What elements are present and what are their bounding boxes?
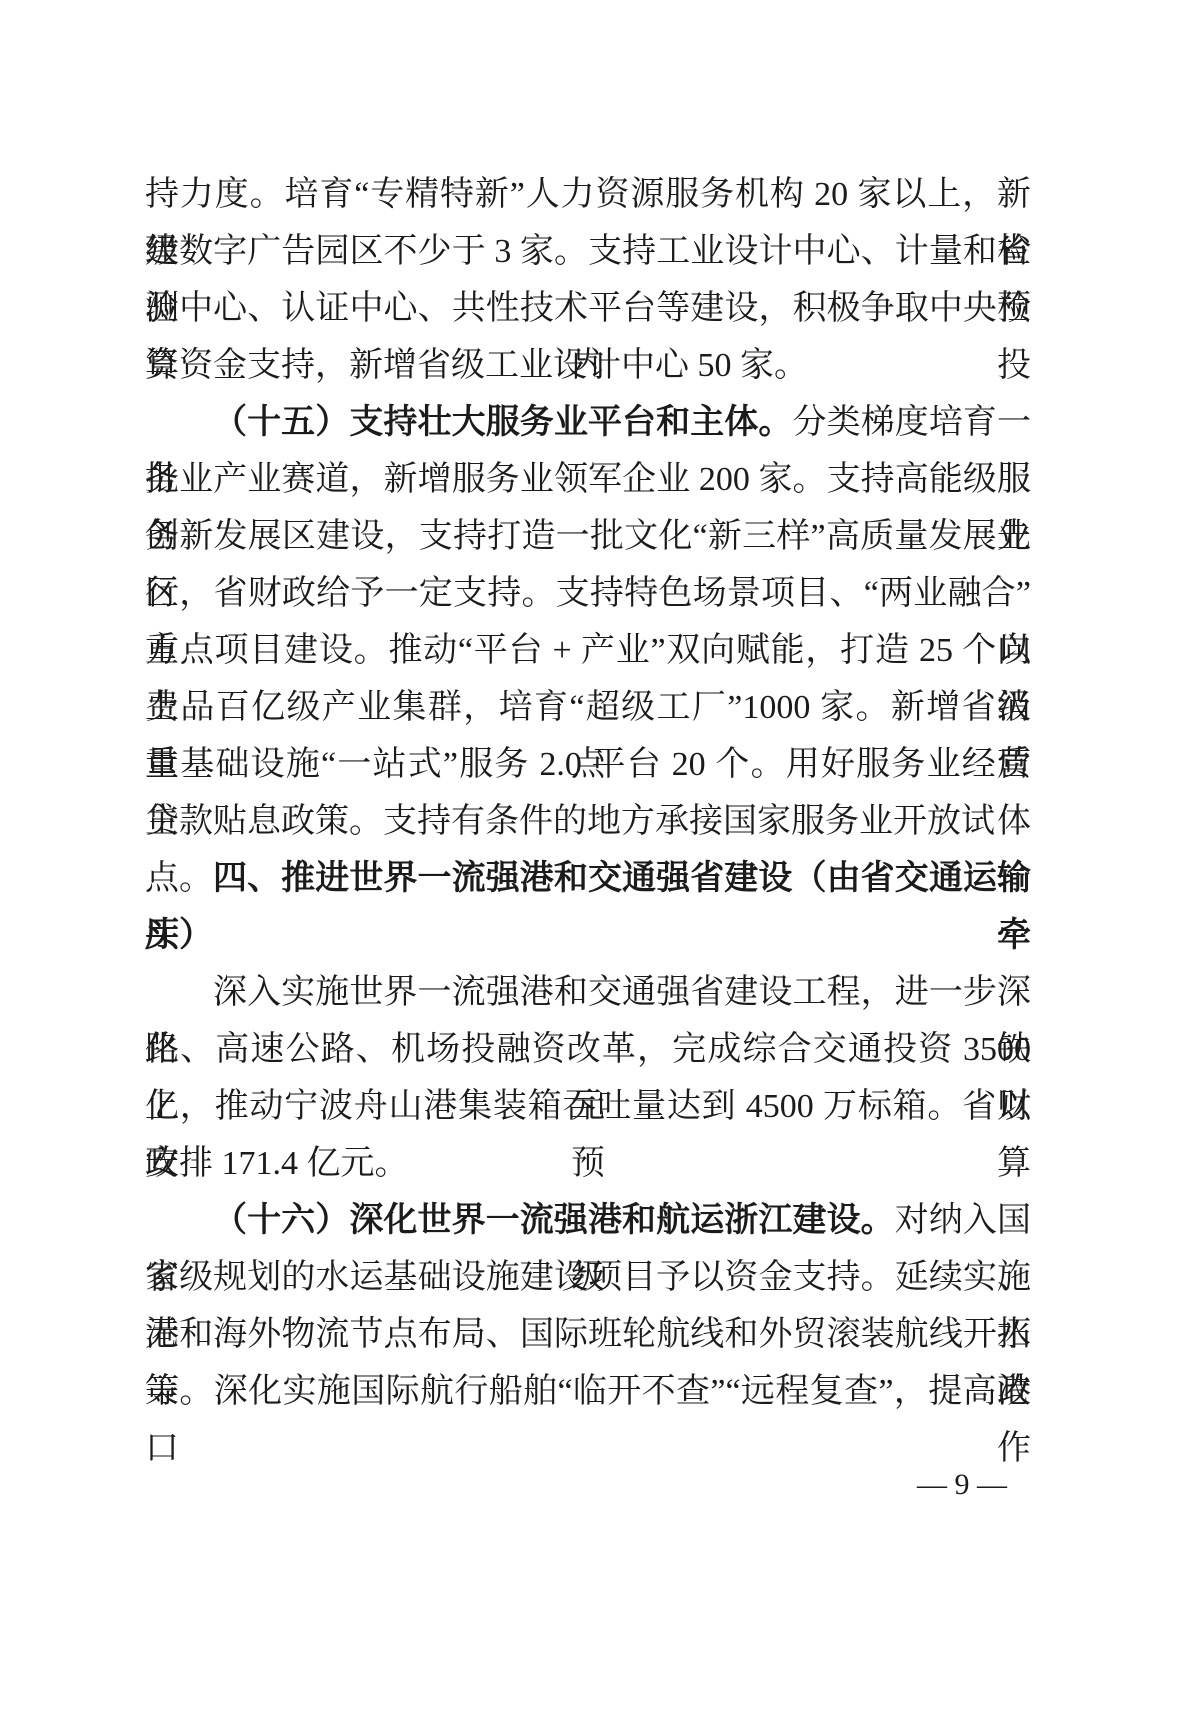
bold-lead-in: （十六）深化世界一流强港和航运浙江建设。 xyxy=(213,1202,895,1239)
text-block: 持力度。培育“专精特新”人力资源服务机构 20 家以上，新建省 级数字广告园区不… xyxy=(145,166,1031,1420)
text-line: 区，省财政给予一定支持。支持特色场景项目、“两业融合”方向 xyxy=(145,565,1031,622)
paragraph: 深入实施世界一流强港和交通强省建设工程，进一步深化铁 路、高速公路、机场投融资改… xyxy=(145,964,1031,1192)
page-number: — 9 — xyxy=(917,1468,1007,1502)
text-line: 创新发展区建设，支持打造一批文化“新三样”高质量发展先行 xyxy=(145,508,1031,565)
text-line: 持力度。培育“专精特新”人力资源服务机构 20 家以上，新建省 xyxy=(145,166,1031,223)
document-page: 持力度。培育“专精特新”人力资源服务机构 20 家以上，新建省 级数字广告园区不… xyxy=(0,0,1191,1730)
text-line: 测中心、认证中心、共性技术平台等建设，积极争取中央预算内投 xyxy=(145,280,1031,337)
text-line: 费品百亿级产业集群，培育“超级工厂”1000 家。新增省级重点质 xyxy=(145,679,1031,736)
text-line: 级数字广告园区不少于 3 家。支持工业设计中心、计量和检验检 xyxy=(145,223,1031,280)
text-line: 上，推动宁波舟山港集装箱吞吐量达到 4500 万标箱。省财政预算 xyxy=(145,1078,1031,1135)
text-line: 贷款贴息政策。支持有条件的地方承接国家服务业开放试点。 xyxy=(145,793,1031,850)
text-line: 重点项目建设。推动“平台 + 产业”双向赋能，打造 25 个以上消 xyxy=(145,622,1031,679)
paragraph-item-16: （十六）深化世界一流强港和航运浙江建设。对纳入国家级、 省级规划的水运基础设施建… xyxy=(145,1192,1031,1420)
section-heading-line: 四、推进世界一流强港和交通强省建设（由省交通运输厅牵 xyxy=(145,850,1031,907)
text-line: 务业产业赛道，新增服务业领军企业 200 家。支持高能级服务业 xyxy=(145,451,1031,508)
paragraph: 持力度。培育“专精特新”人力资源服务机构 20 家以上，新建省 级数字广告园区不… xyxy=(145,166,1031,394)
text-line: （十五）支持壮大服务业平台和主体。分类梯度培育一批服 xyxy=(145,394,1031,451)
heading-text: 头） xyxy=(145,916,213,954)
text-segment: 策。深化实施国际航行船舶“临开不查”“远程复查”，提高港口作 xyxy=(145,1373,1031,1467)
heading-text: 四、推进世界一流强港和交通强省建设（由省交通运输厅牵 xyxy=(145,859,1031,954)
text-line: 策。深化实施国际航行船舶“临开不查”“远程复查”，提高港口作 xyxy=(145,1363,1031,1420)
text-line: 量基础设施“一站式”服务 2.0 平台 20 个。用好服务业经营主体 xyxy=(145,736,1031,793)
text-line: 路、高速公路、机场投融资改革，完成综合交通投资 3500 亿元以 xyxy=(145,1021,1031,1078)
text-segment: 安排 171.4 亿元。 xyxy=(145,1145,409,1182)
text-line: 省级规划的水运基础设施建设项目予以资金支持。延续实施无水 xyxy=(145,1249,1031,1306)
bold-lead-in: （十五）支持壮大服务业平台和主体。 xyxy=(213,404,792,441)
text-line: 深入实施世界一流强港和交通强省建设工程，进一步深化铁 xyxy=(145,964,1031,1021)
text-line: （十六）深化世界一流强港和航运浙江建设。对纳入国家级、 xyxy=(145,1192,1031,1249)
text-line: 港和海外物流节点布局、国际班轮航线和外贸滚装航线开拓等政 xyxy=(145,1306,1031,1363)
text-segment: 资资金支持，新增省级工业设计中心 50 家。 xyxy=(145,347,808,384)
section-heading: 四、推进世界一流强港和交通强省建设（由省交通运输厅牵 头） xyxy=(145,850,1031,964)
paragraph-item-15: （十五）支持壮大服务业平台和主体。分类梯度培育一批服 务业产业赛道，新增服务业领… xyxy=(145,394,1031,850)
